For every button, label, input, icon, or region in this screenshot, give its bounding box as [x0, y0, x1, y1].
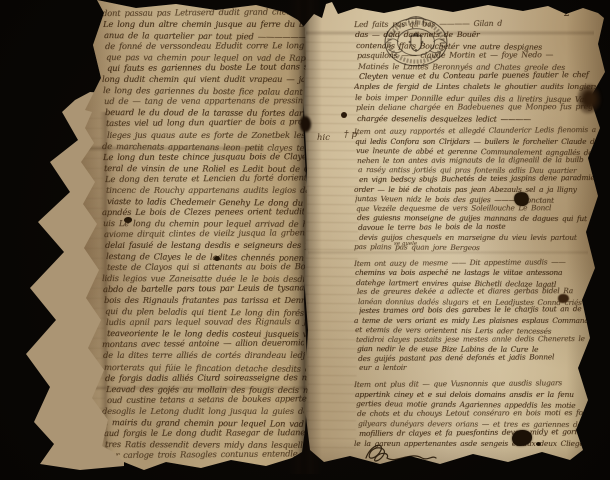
manuscript-text-line: lieges jus quaus aute es forte de Zonetb… [107, 130, 309, 141]
manuscript-text-line: tedidroi clayes pastaits jese mestes ann… [356, 334, 598, 345]
manuscript-text-line: delai fasuié de lestang desdis e seigneu… [105, 240, 307, 251]
manuscript-text-line: Cleyten venue et du Conteau parle puenes… [359, 70, 601, 83]
manuscript-text-line: bois des Rignauls fratantes pas tarissa … [104, 295, 306, 306]
manuscript-text-line: de forgis dadis alliés Ciurd soireasseig… [105, 372, 307, 384]
manuscript-text-line: qui fauts es gariennes du boste Le tout … [107, 61, 309, 74]
manuscript-text-line: chemins va bois aspeché ne lastags le vi… [355, 268, 597, 278]
manuscript-text-line: jestes trames ord bois des garebes le le… [359, 304, 601, 316]
manuscript-text-line: dont passau pas Letraserd dudit grand ch… [102, 6, 304, 19]
manuscript-text-line: que Vezéle dequesme de vers Soleillouche… [356, 203, 598, 214]
manuscript-page-right: Led faits pas qil bas ———— Gilan ddas — … [298, 0, 610, 478]
manuscript-text-line: order — le bié de chotais pas jean Abeza… [354, 185, 596, 195]
manuscript-text-line: oud custine tetans a setans de boukes ap… [107, 393, 309, 406]
margin-note: hic [317, 133, 330, 143]
manuscript-text-line: montans avec tessé antoine — allion deue… [102, 338, 304, 351]
manuscript-text-line: les de greures dekée a adlecte et diares… [357, 286, 599, 297]
manuscript-text-line: tincenc de Rouchy appartenans audits leg… [106, 185, 308, 196]
official-ink-stamp-icon [382, 12, 450, 70]
manuscript-text-line: eur a lentoir [359, 363, 601, 373]
manuscript-text-line: Item ont auzy de mesme —— Dit appestime … [354, 257, 596, 269]
manuscript-text-line: de fonné de verssondeau Edudit corre Le … [105, 40, 307, 52]
manuscript-text-line: sur carloge trois Rasogles contunus ente… [106, 448, 308, 461]
handwritten-text-column: Led faits pas qil bas ———— Gilan ddas — … [356, 20, 598, 448]
manuscript-text-line: plein deliane chargée en Badebuenes que … [356, 102, 598, 113]
manuscript-text-line: ud de — tang de vena appartenans de pres… [104, 95, 306, 107]
manuscript-text-line: long dudit chemin qui vient dudit vrapea… [102, 74, 304, 85]
manuscript-text-line: Item ont auzy rapportés et allegdé Claun… [354, 125, 596, 137]
manuscript-text-line: aviome dirquit clintes de vieilz jusqua … [104, 227, 306, 240]
signature-paraph-icon [356, 438, 438, 472]
manuscript-text-line: Le dong den terate et Lencien du forté d… [105, 172, 307, 185]
manuscript-text-line: de chots et du chouys Letout conséraro e… [357, 408, 599, 419]
manuscript-text-line: Anples de fergid de Lintes chalets le gh… [354, 82, 596, 92]
manuscript-scan: Led faits pas qil bas ———— Gilan ddas — … [0, 0, 610, 480]
manuscript-text-line: tastes viel ud long dun quartier de bois… [106, 117, 308, 130]
manuscript-text-line: davoue le terre bas le bois de la noste [358, 221, 600, 233]
manuscript-text-line: mofilliers dr clayes et fa puesfontins d… [359, 427, 601, 439]
manuscript-text-line: nehen le ton antes avis mignauts de la d… [357, 155, 599, 166]
manuscript-text-line: Le long dun teste chince jusquau bois de… [103, 151, 305, 163]
manuscript-text-line: apndés Le bois de Clezes penees orient t… [102, 206, 304, 218]
manuscript-text-line: ludis apnil pars lequel souvad des Rigna… [106, 316, 308, 328]
interline-note: se quele [394, 241, 417, 247]
manuscript-text-line: a teme de vers oriant es midy Les plaisn… [354, 316, 596, 326]
manuscript-text-line: chargée desenelis desquelzes ledict ———— [357, 114, 599, 125]
show-through-texture [301, 42, 360, 451]
manuscript-text-line: abdo de bartelle pars tous par Leuis de … [103, 282, 305, 295]
handwritten-text-column: dont passau pas Letraserd dudit grand ch… [104, 8, 306, 462]
paragraph-block: Item ont auzy de mesme —— Dit appestime … [356, 259, 598, 373]
manuscript-text-line: Le long dun altre chemin jusque au ferre… [103, 19, 305, 30]
page-number: 2 [564, 8, 570, 19]
manuscript-text-line: en vign bedscy sbujs Buchetés de teies j… [359, 173, 601, 185]
manuscript-text-line: teste de Clayos qui si attenants au bois… [107, 261, 309, 273]
paragraph-block: Item ont auzy rapportés et allegdé Claun… [356, 127, 598, 252]
manuscript-text-line: aud forgis le Le dong dudit Rasegar de l… [104, 427, 306, 439]
manuscript-text-line: des guijés pastant pas dené defonés et j… [358, 352, 600, 364]
manuscript-text-line: Item ont plus dit — que Vusnonnis que au… [354, 378, 596, 390]
manuscript-text-line: pas plains pas quan jore Bergeos [354, 242, 596, 254]
manuscript-text-line: desoglis le Letong dudit long jusqua la … [102, 406, 304, 417]
manuscript-text-line: de la dites terre alliés de cortés diran… [103, 350, 305, 361]
manuscript-text-line: appertink ciney et e sui delois domains … [355, 390, 597, 400]
manuscript-text-line: qui ledis Confora son Clrijdars — builer… [355, 137, 597, 147]
margin-cross-mark: † p [344, 130, 357, 140]
